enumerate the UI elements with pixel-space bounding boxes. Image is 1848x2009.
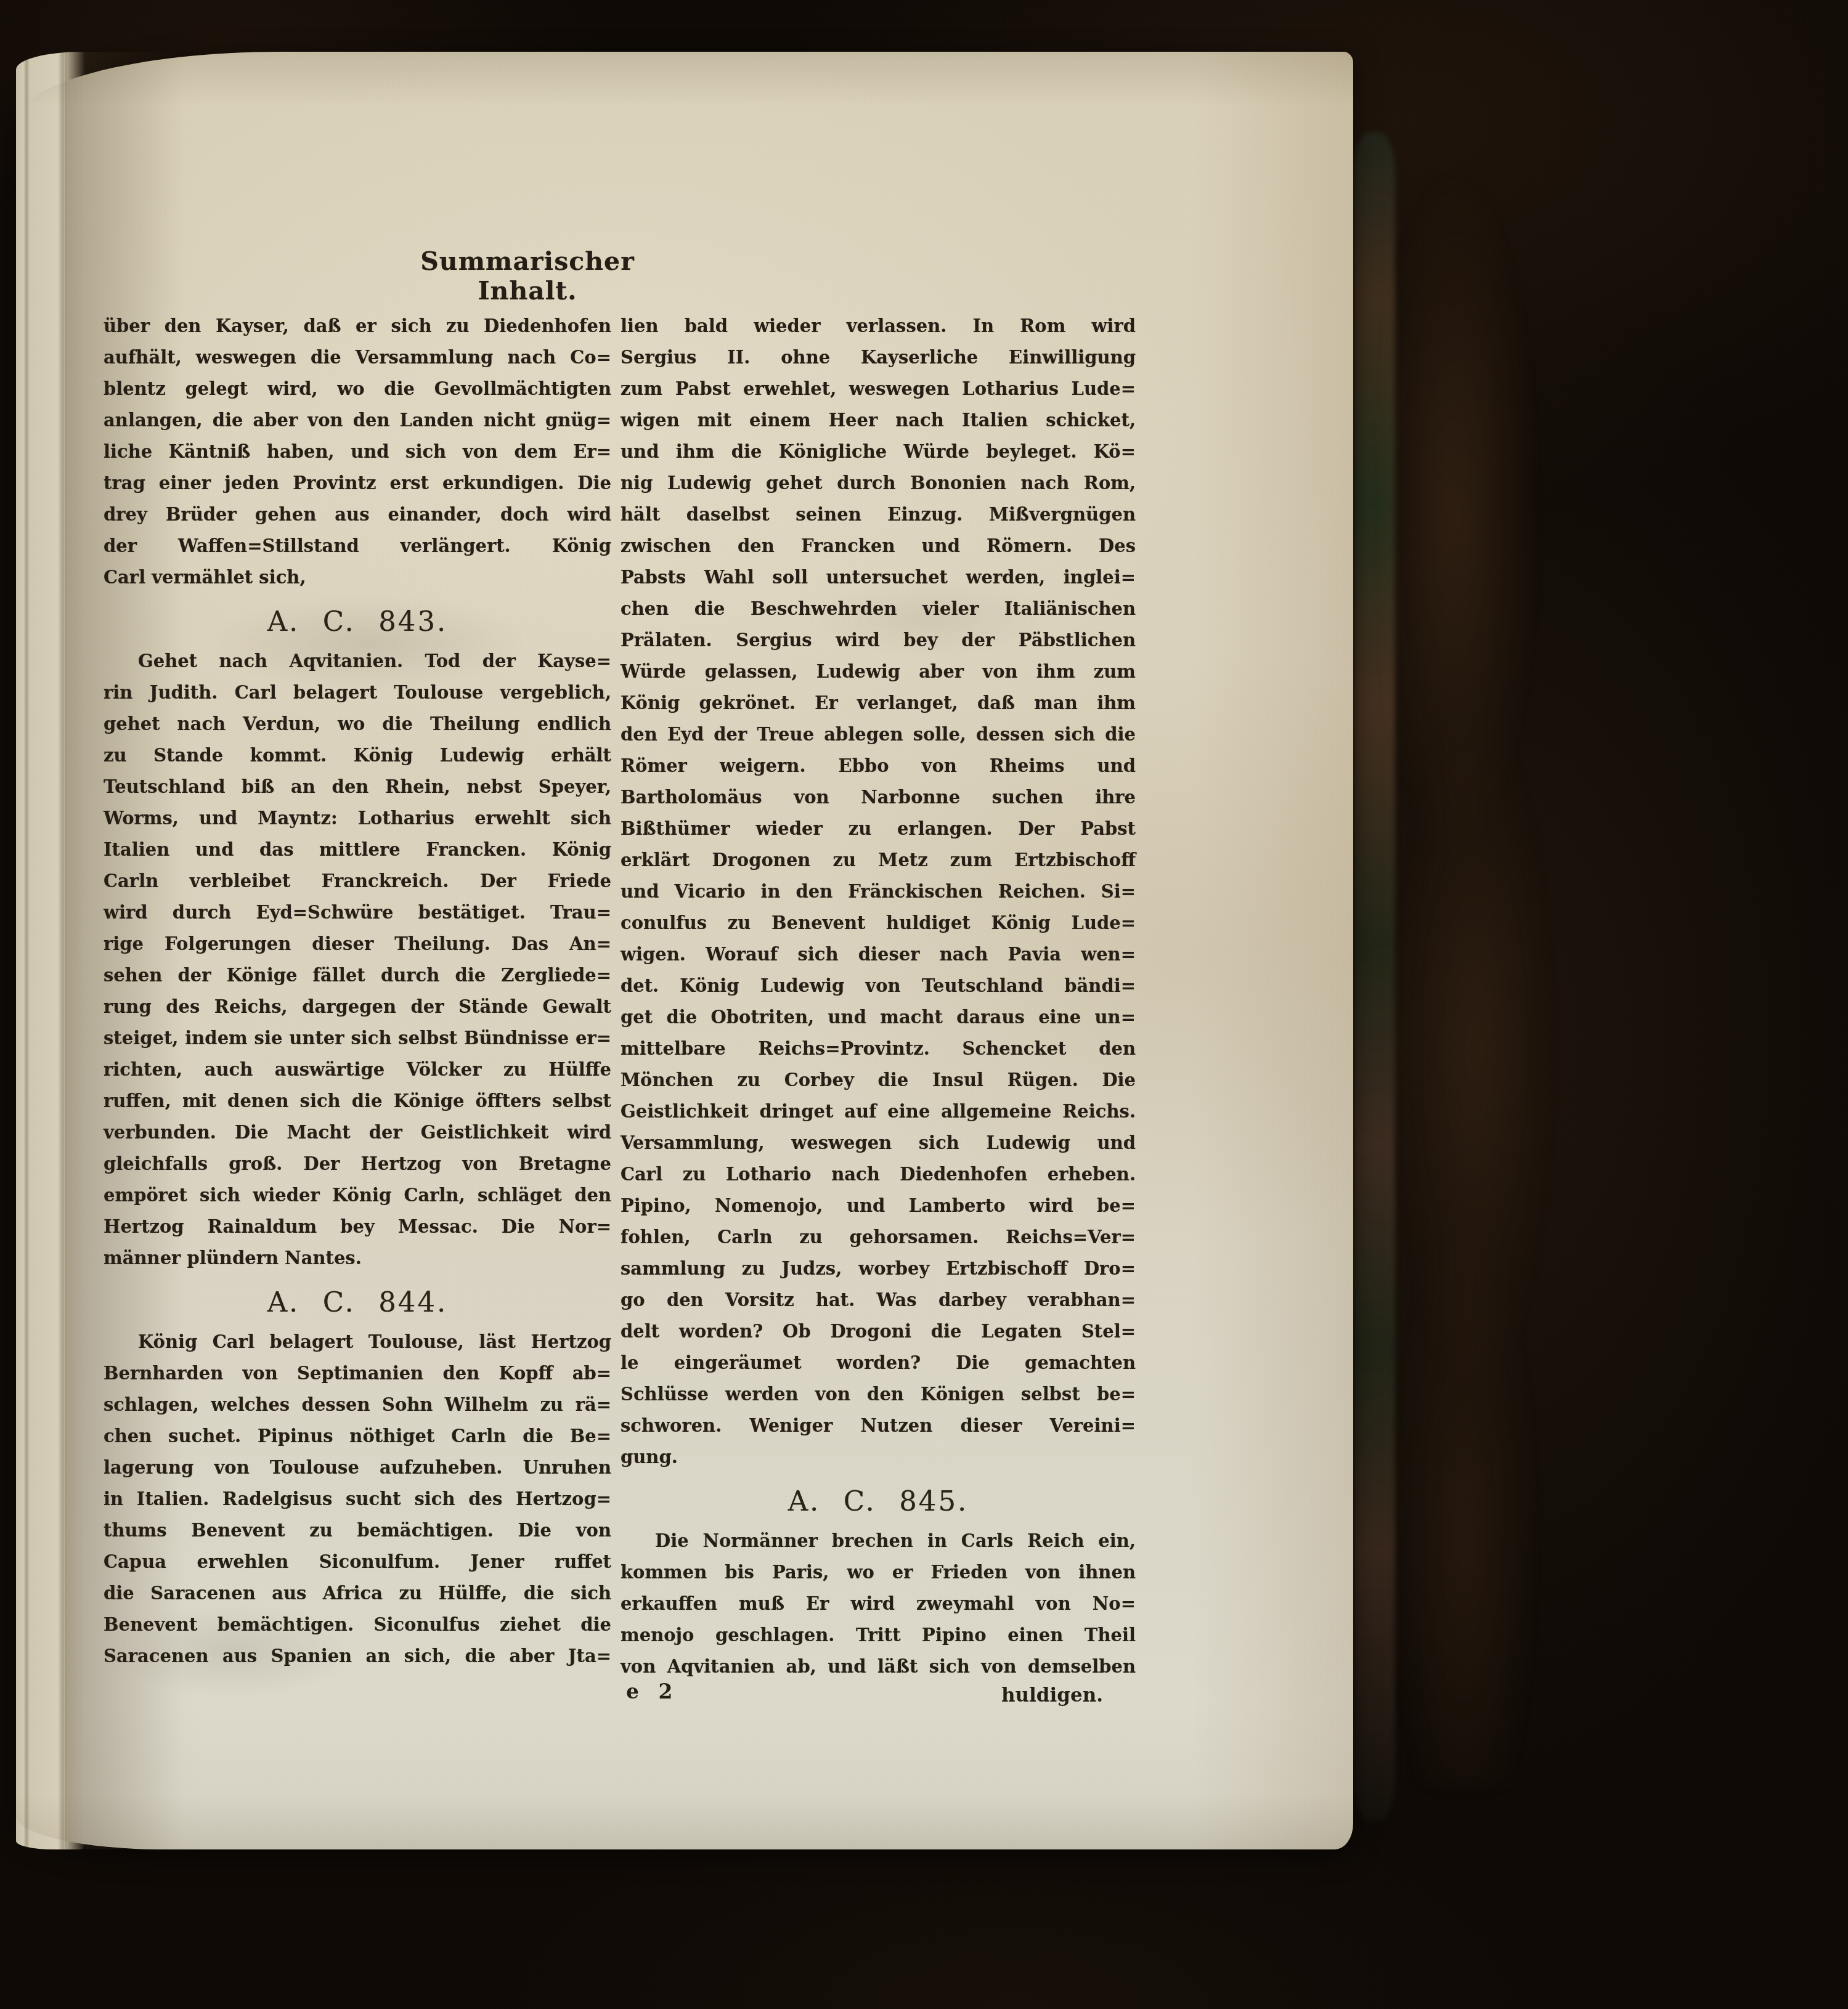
text-line: richten, auch auswärtige Völcker zu Hülf…: [104, 1054, 611, 1086]
signature-mark: e 2: [626, 1679, 678, 1703]
text-line: sehen der Könige fället durch die Zergli…: [104, 960, 611, 991]
text-line: Italien und das mittlere Francken. König: [104, 834, 611, 866]
text-line: Hertzog Rainaldum bey Messac. Die Nor=: [104, 1211, 611, 1243]
text-line: Bartholomäus von Narbonne suchen ihre: [621, 782, 1136, 813]
text-line: chen die Beschwehrden vieler Italiänisch…: [621, 593, 1136, 625]
text-line: Benevent bemächtigen. Siconulfus ziehet …: [104, 1609, 611, 1641]
text-line: Pabsts Wahl soll untersuchet werden, ing…: [621, 562, 1136, 593]
text-line: blentz gelegt wird, wo die Gevollmächtig…: [104, 373, 611, 405]
text-line: Worms, und Mayntz: Lotharius erwehlt sic…: [104, 803, 611, 834]
text-line: Carl vermählet sich,: [104, 562, 611, 593]
text-line: Carln verbleibet Franckreich. Der Friede: [104, 866, 611, 897]
text-line: Prälaten. Sergius wird bey der Päbstlich…: [621, 625, 1136, 656]
text-line: männer plündern Nantes.: [104, 1243, 611, 1274]
text-line: König Carl belagert Toulouse, läst Hertz…: [104, 1326, 611, 1358]
text-line: sammlung zu Judzs, worbey Ertzbischoff D…: [621, 1253, 1136, 1285]
text-line: rige Folgerungen dieser Theilung. Das An…: [104, 928, 611, 960]
text-line: hält daselbst seinen Einzug. Mißvergnüge…: [621, 499, 1136, 530]
text-line: gung.: [621, 1442, 1136, 1473]
text-line: Saracenen aus Spanien an sich, die aber …: [104, 1641, 611, 1672]
text-line: lagerung von Toulouse aufzuheben. Unruhe…: [104, 1452, 611, 1483]
text-line: verbunden. Die Macht der Geistlichkeit w…: [104, 1117, 611, 1148]
text-line: go den Vorsitz hat. Was darbey verabhan=: [621, 1285, 1136, 1316]
text-line: det. König Ludewig von Teutschland bändi…: [621, 970, 1136, 1002]
text-line: erkauffen muß Er wird zweymahl von No=: [621, 1588, 1136, 1620]
book-page: Summarischer Inhalt. über den Kayser, da…: [16, 52, 1353, 1849]
text-line: menojo geschlagen. Tritt Pipino einen Th…: [621, 1620, 1136, 1651]
year-heading: A. C. 843.: [104, 606, 611, 637]
left-column: über den Kayser, daß er sich zu Diedenho…: [104, 310, 611, 1672]
text-line: Pipino, Nomenojo, und Lamberto wird be=: [621, 1190, 1136, 1222]
book-cover-edge: [1385, 154, 1582, 1787]
text-line: Würde gelassen, Ludewig aber von ihm zum: [621, 656, 1136, 688]
text-line: erklärt Drogonen zu Metz zum Ertzbischof…: [621, 845, 1136, 876]
text-line: Mönchen zu Corbey die Insul Rügen. Die: [621, 1065, 1136, 1096]
text-line: chen suchet. Pipinus nöthiget Carln die …: [104, 1421, 611, 1452]
text-line: Schlüsse werden von den Königen selbst b…: [621, 1379, 1136, 1410]
text-line: drey Brüder gehen aus einander, doch wir…: [104, 499, 611, 530]
text-line: Die Normänner brechen in Carls Reich ein…: [621, 1525, 1136, 1557]
text-line: über den Kayser, daß er sich zu Diedenho…: [104, 310, 611, 342]
text-line: thums Benevent zu bemächtigen. Die von: [104, 1515, 611, 1546]
text-line: rin Judith. Carl belagert Toulouse verge…: [104, 677, 611, 708]
text-line: zum Pabst erwehlet, weswegen Lotharius L…: [621, 373, 1136, 405]
text-line: Carl zu Lothario nach Diedenhofen erhebe…: [621, 1159, 1136, 1190]
text-line: der Waffen=Stillstand verlängert. König: [104, 530, 611, 562]
year-heading: A. C. 844.: [104, 1286, 611, 1318]
text-line: empöret sich wieder König Carln, schläge…: [104, 1180, 611, 1211]
text-line: Capua erwehlen Siconulfum. Jener ruffet: [104, 1546, 611, 1578]
text-line: König gekrönet. Er verlanget, daß man ih…: [621, 688, 1136, 719]
text-line: kommen bis Paris, wo er Frieden von ihne…: [621, 1557, 1136, 1588]
text-line: in Italien. Radelgisus sucht sich des He…: [104, 1483, 611, 1515]
text-line: Römer weigern. Ebbo von Rheims und: [621, 750, 1136, 782]
page-title: Summarischer Inhalt.: [404, 246, 651, 306]
text-line: zu Stande kommt. König Ludewig erhält: [104, 740, 611, 771]
text-line: und ihm die Königliche Würde beyleget. K…: [621, 436, 1136, 468]
text-line: lien bald wieder verlassen. In Rom wird: [621, 310, 1136, 342]
text-line: schlagen, welches dessen Sohn Wilhelm zu…: [104, 1389, 611, 1421]
text-line: wigen. Worauf sich dieser nach Pavia wen…: [621, 939, 1136, 970]
text-line: Bernharden von Septimanien den Kopff ab=: [104, 1358, 611, 1389]
text-line: fohlen, Carln zu gehorsamen. Reichs=Ver=: [621, 1222, 1136, 1253]
text-line: Bißthümer wieder zu erlangen. Der Pabst: [621, 813, 1136, 845]
text-line: steiget, indem sie unter sich selbst Bün…: [104, 1023, 611, 1054]
text-line: anlangen, die aber von den Landen nicht …: [104, 405, 611, 436]
text-line: Versammlung, weswegen sich Ludewig und: [621, 1127, 1136, 1159]
text-line: aufhält, weswegen die Versammlung nach C…: [104, 342, 611, 373]
text-line: Gehet nach Aqvitanien. Tod der Kayse=: [104, 646, 611, 677]
right-column: lien bald wieder verlassen. In Rom wirdS…: [621, 310, 1136, 1682]
text-line: und Vicario in den Fränckischen Reichen.…: [621, 876, 1136, 907]
text-line: nig Ludewig gehet durch Bononien nach Ro…: [621, 468, 1136, 499]
text-line: Sergius II. ohne Kayserliche Einwilligun…: [621, 342, 1136, 373]
text-line: wird durch Eyd=Schwüre bestätiget. Trau=: [104, 897, 611, 928]
text-line: get die Obotriten, und macht daraus eine…: [621, 1002, 1136, 1033]
text-line: mittelbare Reichs=Provintz. Schencket de…: [621, 1033, 1136, 1065]
text-line: die Saracenen aus Africa zu Hülffe, die …: [104, 1578, 611, 1609]
text-line: gehet nach Verdun, wo die Theilung endli…: [104, 708, 611, 740]
text-line: gleichfalls groß. Der Hertzog von Bretag…: [104, 1148, 611, 1180]
text-line: Geistlichkeit dringet auf eine allgemein…: [621, 1096, 1136, 1127]
text-line: trag einer jeden Provintz erst erkundige…: [104, 468, 611, 499]
text-line: le eingeräumet worden? Die gemachten: [621, 1347, 1136, 1379]
text-line: delt worden? Ob Drogoni die Legaten Stel…: [621, 1316, 1136, 1347]
scanned-book-page-photo: Summarischer Inhalt. über den Kayser, da…: [0, 0, 1848, 2009]
text-line: liche Käntniß haben, und sich von dem Er…: [104, 436, 611, 468]
text-line: wigen mit einem Heer nach Italien schick…: [621, 405, 1136, 436]
text-line: schworen. Weniger Nutzen dieser Vereini=: [621, 1410, 1136, 1442]
text-line: rung des Reichs, dargegen der Stände Gew…: [104, 991, 611, 1023]
text-line: ruffen, mit denen sich die Könige öffter…: [104, 1086, 611, 1117]
text-line: den Eyd der Treue ablegen solle, dessen …: [621, 719, 1136, 750]
text-line: Teutschland biß an den Rhein, nebst Spey…: [104, 771, 611, 803]
text-line: zwischen den Francken und Römern. Des: [621, 530, 1136, 562]
text-line: conulfus zu Benevent huldiget König Lude…: [621, 907, 1136, 939]
catchword: huldigen.: [1001, 1684, 1103, 1707]
text-line: von Aqvitanien ab, und läßt sich von dem…: [621, 1651, 1136, 1682]
year-heading: A. C. 845.: [621, 1485, 1136, 1517]
